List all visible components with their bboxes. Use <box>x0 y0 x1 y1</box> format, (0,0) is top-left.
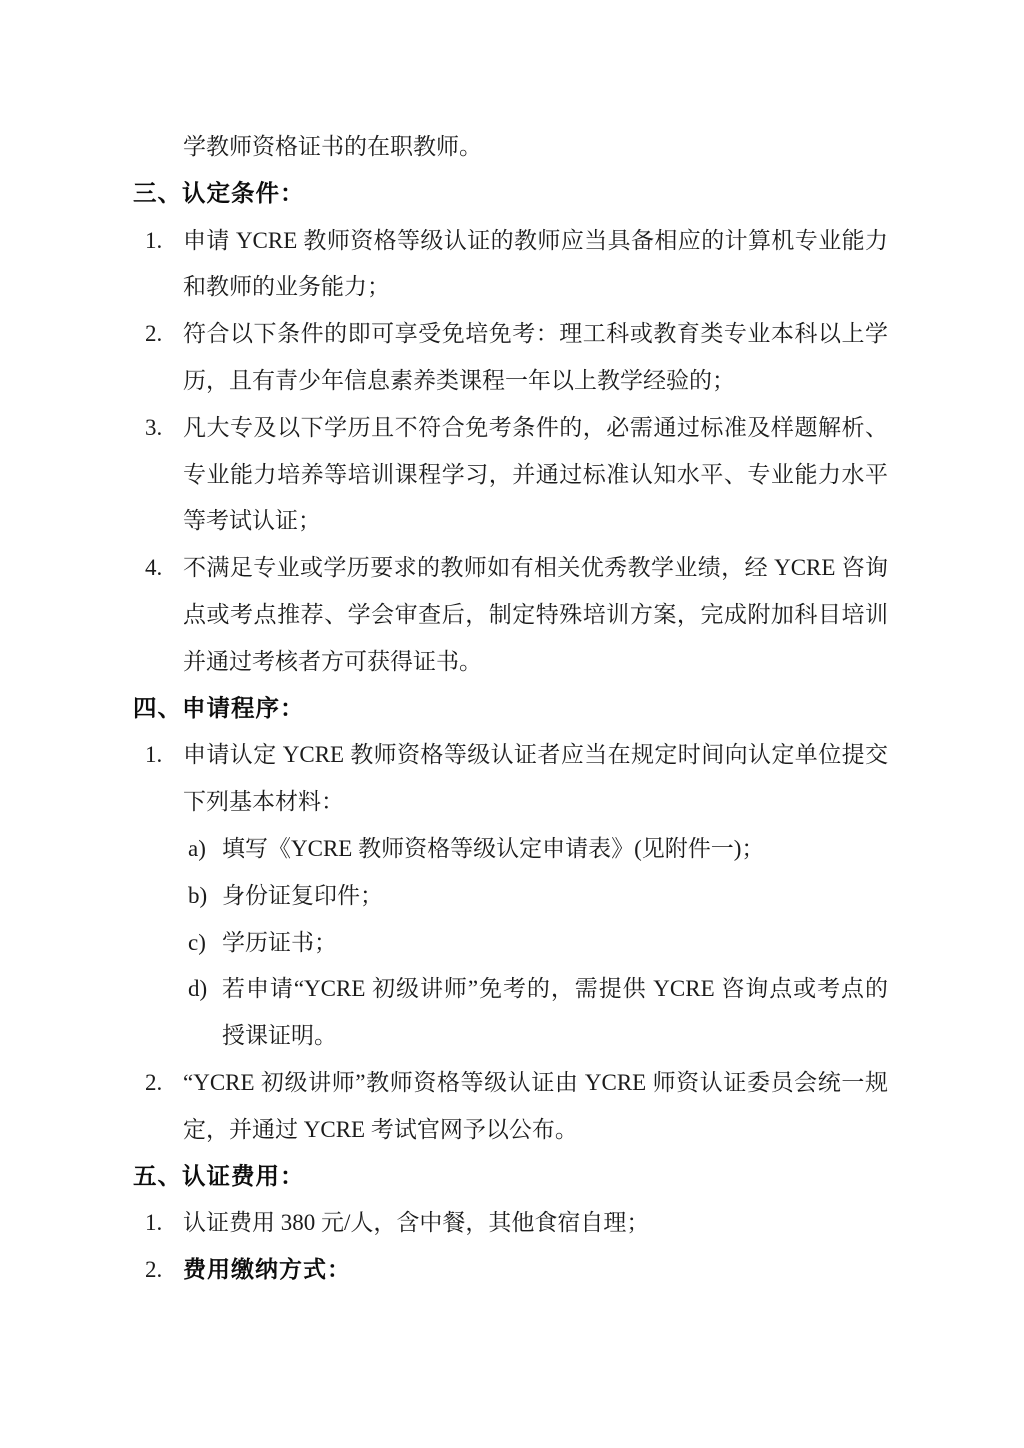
sub-list-item-letter: a) <box>188 826 222 873</box>
sub-list-item-letter: b) <box>188 873 222 920</box>
list-item: 1. 申请 YCRE 教师资格等级认证的教师应当具备相应的计算机专业能力和教师的… <box>133 218 888 312</box>
list-item: 2. “YCRE 初级讲师”教师资格等级认证由 YCRE 师资认证委员会统一规定… <box>133 1060 888 1154</box>
list-item-number: 3. <box>145 405 183 545</box>
document-page: 学教师资格证书的在职教师。 三、认定条件： 1. 申请 YCRE 教师资格等级认… <box>0 0 1024 1448</box>
paragraph-continuation: 学教师资格证书的在职教师。 <box>183 124 888 171</box>
sub-list-item: d) 若申请“YCRE 初级讲师”免考的，需提供 YCRE 咨询点或考点的授课证… <box>133 966 888 1060</box>
list-item-number: 4. <box>145 545 183 685</box>
list-item: 1. 申请认定 YCRE 教师资格等级认证者应当在规定时间向认定单位提交下列基本… <box>133 732 888 826</box>
list-item: 1. 认证费用 380 元/人，含中餐，其他食宿自理； <box>133 1200 888 1247</box>
list-item-text: 申请 YCRE 教师资格等级认证的教师应当具备相应的计算机专业能力和教师的业务能… <box>183 218 888 312</box>
list-item: 2. 符合以下条件的即可享受免培免考：理工科或教育类专业本科以上学历，且有青少年… <box>133 311 888 405</box>
list-item-text: 认证费用 380 元/人，含中餐，其他食宿自理； <box>183 1200 888 1247</box>
list-item-text: 符合以下条件的即可享受免培免考：理工科或教育类专业本科以上学历，且有青少年信息素… <box>183 311 888 405</box>
list-item: 3. 凡大专及以下学历且不符合免考条件的，必需通过标准及样题解析、专业能力培养等… <box>133 405 888 545</box>
list-item-number: 2. <box>145 1247 183 1294</box>
sub-list-item-text: 填写《YCRE 教师资格等级认定申请表》(见附件一)； <box>222 826 888 873</box>
section-heading-application-procedure: 四、申请程序： <box>133 686 888 733</box>
list-item-number: 1. <box>145 1200 183 1247</box>
list-item-number: 2. <box>145 1060 183 1154</box>
sub-list-item: a) 填写《YCRE 教师资格等级认定申请表》(见附件一)； <box>133 826 888 873</box>
list-item-text: 申请认定 YCRE 教师资格等级认证者应当在规定时间向认定单位提交下列基本材料： <box>183 732 888 826</box>
sub-list-item-text: 学历证书； <box>222 920 888 967</box>
list-item-text: 凡大专及以下学历且不符合免考条件的，必需通过标准及样题解析、专业能力培养等培训课… <box>183 405 888 545</box>
list-item-number: 1. <box>145 732 183 826</box>
sub-list-item: b) 身份证复印件； <box>133 873 888 920</box>
sub-list-item-letter: d) <box>188 966 222 1060</box>
list-item-text: 不满足专业或学历要求的教师如有相关优秀教学业绩，经 YCRE 咨询点或考点推荐、… <box>183 545 888 685</box>
sub-list-item-text: 身份证复印件； <box>222 873 888 920</box>
list-item-text-payment-method: 费用缴纳方式： <box>183 1247 888 1294</box>
list-item-number: 2. <box>145 311 183 405</box>
sub-list-item-text: 若申请“YCRE 初级讲师”免考的，需提供 YCRE 咨询点或考点的授课证明。 <box>222 966 888 1060</box>
list-item-number: 1. <box>145 218 183 312</box>
section-heading-certification-conditions: 三、认定条件： <box>133 171 888 218</box>
list-item: 2. 费用缴纳方式： <box>133 1247 888 1294</box>
list-item: 4. 不满足专业或学历要求的教师如有相关优秀教学业绩，经 YCRE 咨询点或考点… <box>133 545 888 685</box>
sub-list-item-letter: c) <box>188 920 222 967</box>
sub-list-item: c) 学历证书； <box>133 920 888 967</box>
list-item-text: “YCRE 初级讲师”教师资格等级认证由 YCRE 师资认证委员会统一规定，并通… <box>183 1060 888 1154</box>
section-heading-certification-fee: 五、认证费用： <box>133 1154 888 1201</box>
